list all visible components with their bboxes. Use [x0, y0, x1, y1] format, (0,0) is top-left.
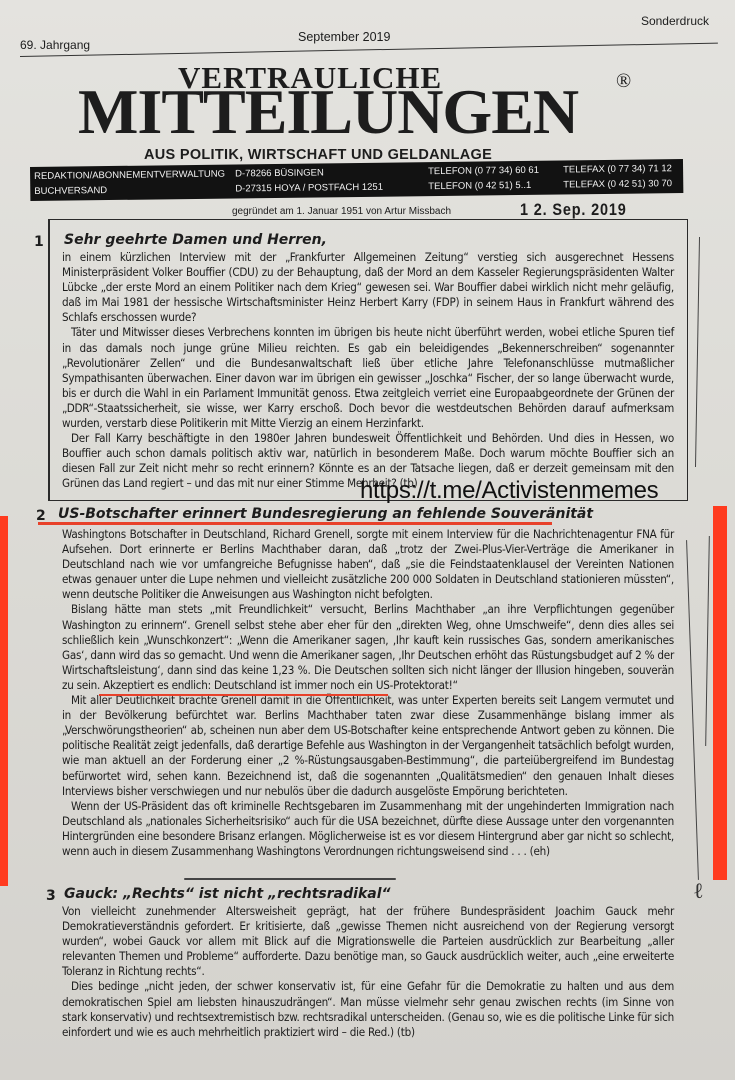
registered-mark: ®	[616, 70, 631, 93]
watermark-link[interactable]: https://t.me/Activistenmemes	[360, 477, 658, 505]
red-highlight-bar-left	[0, 516, 8, 886]
article-2-paragraph: Wenn der US-Präsident das oft kriminelle…	[62, 799, 674, 859]
phone-line1: TELEFON (0 77 34) 60 61	[428, 165, 539, 177]
article-1-title: Sehr geehrte Damen und Herren,	[64, 232, 327, 248]
issue-date: September 2019	[298, 30, 390, 44]
contact-bar: REDAKTION/ABONNEMENTVERWALTUNG BUCHVERSA…	[30, 159, 683, 201]
red-highlight-bar-right	[713, 506, 727, 880]
article-2-title: US-Botschafter erinnert Bundesregierung …	[58, 506, 593, 522]
article-3-number: 3	[46, 888, 56, 904]
dept-line2: BUCHVERSAND	[34, 185, 107, 197]
article-2-paragraph: Mit aller Deutlichkeit brachte Grenell d…	[62, 693, 674, 799]
article-1-paragraph: in einem kürzlichen Interview mit der „F…	[62, 250, 674, 325]
article-1-number: 1	[34, 234, 44, 250]
pen-margin-line	[705, 536, 710, 746]
fax-line2: TELEFAX (0 42 51) 30 70	[563, 178, 672, 190]
dept-line1: REDAKTION/ABONNEMENTVERWALTUNG	[34, 169, 225, 182]
article-3-paragraph: Dies bedinge „nicht jeden, der schwer ko…	[62, 979, 674, 1039]
founded-line: gegründet am 1. Januar 1951 von Artur Mi…	[232, 206, 451, 217]
pen-margin-line	[695, 237, 700, 467]
scanned-newsletter-page: 69. Jahrgang September 2019 Sonderdruck …	[0, 0, 735, 1080]
pen-underline	[184, 878, 396, 880]
article-3-title: Gauck: „Rechts“ ist nicht „rechtsradikal…	[64, 886, 391, 902]
article-1-paragraph: Täter und Mitwisser dieses Verbrechens k…	[62, 325, 674, 431]
article-2-paragraph: Bislang hätte man stets „mit Freundlichk…	[62, 602, 674, 693]
date-stamp: 1 2. Sep. 2019	[520, 200, 627, 220]
phone-line2: TELEFON (0 42 51) 5..1	[428, 180, 531, 192]
article-3-body: Von vielleicht zunehmender Altersweishei…	[62, 904, 674, 1040]
article-1-body: in einem kürzlichen Interview mit der „F…	[62, 250, 674, 492]
address-line1: D-78266 BÜSINGEN	[235, 167, 324, 179]
red-underline-title	[38, 522, 552, 525]
address-line2: D-27315 HOYA / POSTFACH 1251	[235, 182, 383, 195]
article-2-paragraph: Washingtons Botschafter in Deutschland, …	[62, 527, 674, 602]
masthead-subtitle: AUS POLITIK, WIRTSCHAFT UND GELDANLAGE	[144, 147, 492, 163]
volume-label: 69. Jahrgang	[20, 38, 90, 52]
edition-label: Sonderdruck	[641, 14, 709, 28]
article-3-paragraph: Von vielleicht zunehmender Altersweishei…	[62, 904, 674, 979]
pen-margin-line	[686, 540, 699, 880]
red-underline-quote	[99, 694, 388, 696]
fax-line1: TELEFAX (0 77 34) 71 12	[563, 163, 672, 175]
masthead-main: MITTEILUNGEN	[78, 80, 578, 144]
pen-mark-circle: ℓ	[693, 878, 704, 904]
